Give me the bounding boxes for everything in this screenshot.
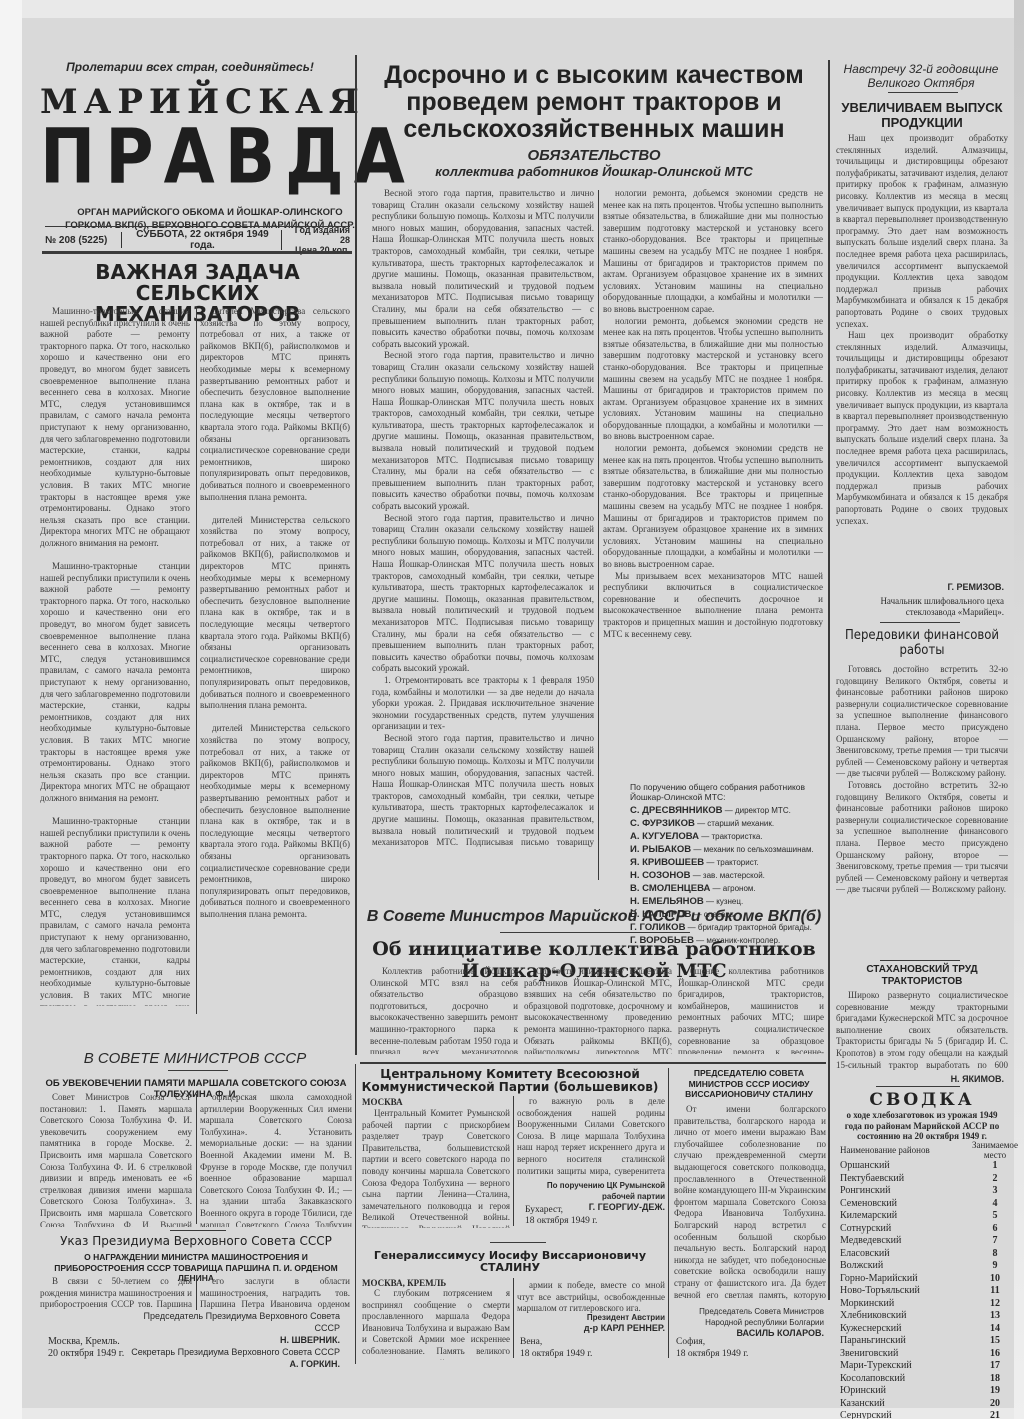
signer-item: Я. КРИВОШЕЕВ — тракторист. xyxy=(630,856,825,869)
district-name: Звениговский xyxy=(838,1348,962,1361)
romania-col-2: го важную роль в деле освобождения нашей… xyxy=(517,1096,665,1176)
district-name: Пектубаевский xyxy=(838,1173,962,1186)
council-mari-text-1: Коллектив работников Йошкар-Олинской МТС… xyxy=(370,966,518,1054)
article3-body: Широко развернуто социалистическое сорев… xyxy=(836,990,1008,1072)
divider xyxy=(876,1086,960,1087)
article1-text: Наш цех производит обработку стеклянных … xyxy=(836,133,1008,330)
signer-name: Н. ЕМЕЛЬЯНОВ xyxy=(630,896,704,907)
decree-sig2-name: А. ГОРКИН. xyxy=(120,1358,340,1370)
signers-intro: По поручению общего собрания работников … xyxy=(630,782,825,802)
svodka-row: Пектубаевский2 xyxy=(838,1173,1024,1186)
romania-place: МОСКВА xyxy=(362,1097,403,1107)
signer-name: В. СМОЛЕНЦЕВА xyxy=(630,883,710,894)
district-name: Сернурский xyxy=(838,1410,962,1419)
district-place: 6 xyxy=(962,1223,1024,1236)
divider xyxy=(490,1242,546,1243)
council-mari-header: В Совете Министров Марийской АССР и обко… xyxy=(360,908,828,926)
svodka-row: Сотнурский6 xyxy=(838,1223,1024,1236)
district-name: Ронгинский xyxy=(838,1185,962,1198)
ussr-council-header: В СОВЕТЕ МИНИСТРОВ СССР xyxy=(40,1050,350,1067)
council-mari-col-2: Одобрить инициативу коллектива работнико… xyxy=(524,966,672,1054)
lead-column-1: Весной этого года партия, правительство … xyxy=(372,188,594,848)
district-place: 13 xyxy=(962,1310,1024,1323)
svodka-row: Юринский19 xyxy=(838,1385,1024,1398)
column-divider xyxy=(513,1278,514,1358)
lead-text-2c: нологии ремонта, добьемся экономии средс… xyxy=(603,443,823,571)
divider xyxy=(880,960,960,961)
editorial-column-2: дителей Министерства сельского хозяйства… xyxy=(200,306,350,1006)
signer-item: А. КУГУЕЛОВА — трактористка. xyxy=(630,830,825,843)
decree-sig1-title: Председатель Президиума Верховного Совет… xyxy=(120,1310,340,1334)
svodka-row: Килемарский5 xyxy=(838,1210,1024,1223)
district-place: 8 xyxy=(962,1248,1024,1261)
district-name: Кужеснерский xyxy=(838,1323,962,1336)
editorial-text-1b: Машинно-тракторные станции нашей республ… xyxy=(40,561,190,804)
issue-year: Год издания 28 xyxy=(295,225,350,245)
divider xyxy=(880,622,960,623)
page-column-rule xyxy=(355,55,357,1055)
district-name: Сотнурский xyxy=(838,1223,962,1236)
lead-points: 1. Отремонтировать все тракторы к 1 февр… xyxy=(372,675,594,733)
svodka-row: Оршанский1 xyxy=(838,1160,1024,1173)
district-place: 1 xyxy=(962,1160,1024,1173)
council-mari-text-3: бщение коллектива работников Йошкар-Олин… xyxy=(678,966,824,1054)
header-underline xyxy=(168,1070,228,1071)
article3-text: Широко развернуто социалистическое сорев… xyxy=(836,990,1008,1072)
lead-header: Досрочно и с высоким качеством проведем … xyxy=(360,62,828,179)
district-name: Килемарский xyxy=(838,1210,962,1223)
district-name: Хлебниковский xyxy=(838,1310,962,1323)
district-place: 2 xyxy=(962,1173,1024,1186)
editorial-text-2: дителей Министерства сельского хозяйства… xyxy=(200,306,350,503)
austria-signer: Президент Австрии xyxy=(517,1312,665,1323)
lead-text-1d: Весной этого года партия, правительство … xyxy=(372,733,594,848)
district-place: 14 xyxy=(962,1323,1024,1336)
austria-place: МОСКВА, КРЕМЛЬ xyxy=(362,1278,446,1288)
ussr-council-col-1: Совет Министров Союза ССР постановил: 1.… xyxy=(40,1092,192,1227)
decree-signatures: Председатель Президиума Верховного Совет… xyxy=(120,1310,340,1370)
decree-date: 20 октября 1949 г. xyxy=(48,1348,124,1360)
signer-item: Н. ЕМЕЛЬЯНОВ — кузнец. xyxy=(630,895,825,908)
ussr-council-text-2: офицерская школа самоходной артиллерии В… xyxy=(200,1092,352,1227)
bulgaria-place-date: София, 18 октября 1949 г. xyxy=(676,1336,748,1360)
romania-text-1: Центральный Комитет Румынской рабочей па… xyxy=(362,1108,510,1228)
svodka-row: Мари-Турекский17 xyxy=(838,1360,1024,1373)
district-name: Медведевский xyxy=(838,1235,962,1248)
romania-city: Бухарест, xyxy=(525,1205,597,1216)
article2-text: Готовясь достойно встретить 32-ю годовщи… xyxy=(836,664,1008,780)
bulgaria-title: ПРЕДСЕДАТЕЛЮ СОВЕТА МИНИСТРОВ СССР ИОСИФ… xyxy=(672,1068,826,1100)
austria-city: Вена, xyxy=(520,1336,592,1348)
decree-place: Москва, Кремль. xyxy=(48,1336,124,1348)
editorial-text-1c: Машинно-тракторные станции нашей республ… xyxy=(40,816,190,1006)
editorial-text-2c: дителей Министерства сельского хозяйства… xyxy=(200,723,350,920)
article2-body: Готовясь достойно встретить 32-ю годовщи… xyxy=(836,664,1008,956)
lead-text-2: нологии ремонта, добьемся экономии средс… xyxy=(603,188,823,316)
signer-role: — механик по сельхозмашинам. xyxy=(691,845,814,854)
council-mari-col-1: Коллектив работников Йошкар-Олинской МТС… xyxy=(370,966,518,1054)
divider xyxy=(281,230,282,250)
signer-role: — зав. мастерской. xyxy=(690,871,764,880)
issue-date: СУББОТА, 22 октября 1949 года. xyxy=(130,229,275,251)
austria-text-1: С глубоким потрясением я воспринял сообщ… xyxy=(362,1288,510,1360)
lead-text-1c: Весной этого года партия, правительство … xyxy=(372,513,594,675)
svodka-col-place: Занимаемое место xyxy=(962,1140,1024,1160)
lead-text-1b: Весной этого года партия, правительство … xyxy=(372,350,594,512)
district-name: Моркинский xyxy=(838,1298,962,1311)
signer-name: И. РЫБАКОВ xyxy=(630,844,691,855)
austria-title: Генералиссимусу Иосифу Виссарионовичу СТ… xyxy=(360,1250,660,1274)
svodka-row: Кужеснерский14 xyxy=(838,1323,1024,1336)
svodka-row: Ново-Торъяльский11 xyxy=(838,1285,1024,1298)
lead-column-2: нологии ремонта, добьемся экономии средс… xyxy=(603,188,823,736)
signer-role: — директор МТС. xyxy=(723,806,791,815)
lead-appeal: Мы призываем всех механизаторов МТС наше… xyxy=(603,571,823,641)
column-divider xyxy=(196,1276,197,1310)
signer-item: Н. СОЗОНОВ — зав. мастерской. xyxy=(630,869,825,882)
svodka-row: Моркинский12 xyxy=(838,1298,1024,1311)
svodka-row: Медведевский7 xyxy=(838,1235,1024,1248)
romania-title: Центральному Комитету Всесоюзной Коммуни… xyxy=(360,1068,660,1094)
article2-text-b: Готовясь достойно встретить 32-ю годовщи… xyxy=(836,780,1008,896)
svodka-table: Наименование районов Занимаемое место Ор… xyxy=(838,1140,1024,1419)
decree-sig1-name: Н. ШВЕРНИК. xyxy=(120,1334,340,1346)
signer-role: — трактористка. xyxy=(699,832,763,841)
signer-item: С. ДРЕСВЯННИКОВ — директор МТС. xyxy=(630,804,825,817)
article1-author-title: Начальник шлифовального цеха стеклозавод… xyxy=(836,596,1004,618)
signer-name: С. ФУРЗИКОВ xyxy=(630,818,695,829)
svodka-row: Волжский9 xyxy=(838,1260,1024,1273)
signer-item: С. ФУРЗИКОВ — старший механик. xyxy=(630,817,825,830)
bulgaria-body: От имени болгарского правительства, болг… xyxy=(674,1104,826,1300)
page-column-rule xyxy=(828,60,830,1300)
svodka-title: СВОДКА xyxy=(836,1090,1008,1110)
svodka-row: Сернурский21 xyxy=(838,1410,1024,1419)
column-divider xyxy=(196,306,197,1014)
district-name: Семеновский xyxy=(838,1198,962,1211)
editorial-text-2b: дителей Министерства сельского хозяйства… xyxy=(200,515,350,712)
column-divider xyxy=(668,1068,669,1358)
bulgaria-date: 18 октября 1949 г. xyxy=(676,1348,748,1360)
issue-number: № 208 (5225) xyxy=(45,235,113,246)
signer-role: — старший механик. xyxy=(695,819,774,828)
lead-title: Досрочно и с высоким качеством проведем … xyxy=(360,62,828,143)
lead-subtitle: ОБЯЗАТЕЛЬСТВО xyxy=(360,147,828,164)
district-name: Ново-Торъяльский xyxy=(838,1285,962,1298)
decree-text-2: его заслуги в области машиностроения, на… xyxy=(200,1276,350,1312)
editorial-column-1: Машинно-тракторные станции нашей республ… xyxy=(40,306,190,1006)
district-place: 15 xyxy=(962,1335,1024,1348)
district-place: 9 xyxy=(962,1260,1024,1273)
article3-title: СТАХАНОВСКИЙ ТРУД ТРАКТОРИСТОВ xyxy=(836,964,1008,988)
section-rule xyxy=(360,1062,826,1064)
header-underline xyxy=(500,932,690,933)
scan-margin-left xyxy=(0,0,22,1419)
district-place: 3 xyxy=(962,1185,1024,1198)
austria-signature: Президент Австрии д-р КАРЛ РЕННЕР. xyxy=(517,1312,665,1334)
bulgaria-signature: Председатель Совета Министров Народной р… xyxy=(672,1306,824,1339)
district-name: Волжский xyxy=(838,1260,962,1273)
svodka-col-name: Наименование районов xyxy=(838,1140,962,1160)
bulgaria-city: София, xyxy=(676,1336,748,1348)
svodka-row: Казанский20 xyxy=(838,1398,1024,1411)
article3-author: Н. ЯКИМОВ. xyxy=(836,1074,1004,1084)
district-place: 10 xyxy=(962,1273,1024,1286)
bulgaria-text: От имени болгарского правительства, болг… xyxy=(674,1104,826,1300)
svodka-row: Хлебниковский13 xyxy=(838,1310,1024,1323)
district-name: Параньгинский xyxy=(838,1335,962,1348)
rubric-underline xyxy=(888,92,958,93)
council-mari-col-3: бщение коллектива работников Йошкар-Олин… xyxy=(678,966,824,1054)
signer-role: — кузнец. xyxy=(704,897,743,906)
ussr-council-col-2: офицерская школа самоходной артиллерии В… xyxy=(200,1092,352,1227)
editorial-text-1: Машинно-тракторные станции нашей республ… xyxy=(40,306,190,549)
article1-author: Г. РЕМИЗОВ. xyxy=(836,582,1004,592)
signer-name: Н. СОЗОНОВ xyxy=(630,870,690,881)
svodka-row: Косолаповский18 xyxy=(838,1373,1024,1386)
lead-text-2b: нологии ремонта, добьемся экономии средс… xyxy=(603,316,823,444)
column-divider xyxy=(196,1094,197,1224)
district-name: Оршанский xyxy=(838,1160,962,1173)
signer-name: С. ДРЕСВЯННИКОВ xyxy=(630,805,723,816)
decree-place-date: Москва, Кремль. 20 октября 1949 г. xyxy=(48,1336,124,1360)
district-place: 16 xyxy=(962,1348,1024,1361)
masthead-slogan: Пролетарии всех стран, соединяйтесь! xyxy=(60,60,320,74)
romania-date: 18 октября 1949 г. xyxy=(525,1216,597,1227)
masthead-infobar: № 208 (5225) СУББОТА, 22 октября 1949 го… xyxy=(45,228,350,252)
signer-item: И. РЫБАКОВ — механик по сельхозмашинам. xyxy=(630,843,825,856)
signer-name: А. КУГУЕЛОВА xyxy=(630,831,699,842)
svodka-row: Горно-Марийский10 xyxy=(838,1273,1024,1286)
divider xyxy=(170,1230,226,1231)
romania-text-2: го важную роль в деле освобождения нашей… xyxy=(517,1096,665,1176)
svodka-row: Семеновский4 xyxy=(838,1198,1024,1211)
district-place: 7 xyxy=(962,1235,1024,1248)
district-place: 5 xyxy=(962,1210,1024,1223)
bulgaria-signer: Председатель Совета Министров Народной р… xyxy=(672,1306,824,1328)
article1-title: УВЕЛИЧИВАЕМ ВЫПУСК ПРОДУКЦИИ xyxy=(836,100,1008,130)
svodka-row: Ронгинский3 xyxy=(838,1185,1024,1198)
decree-header: Указ Президиума Верховного Совета СССР xyxy=(40,1234,352,1248)
svodka-row: Еласовский8 xyxy=(838,1248,1024,1261)
district-name: Косолаповский xyxy=(838,1373,962,1386)
lead-text-1: Весной этого года партия, правительство … xyxy=(372,188,594,350)
column-divider xyxy=(513,1096,514,1226)
district-place: 20 xyxy=(962,1398,1024,1411)
austria-signer-name: д-р КАРЛ РЕННЕР. xyxy=(517,1323,665,1334)
signer-role: — агроном. xyxy=(710,884,755,893)
austria-text-2: армии к победе, вместе со мной чтут все … xyxy=(517,1280,665,1315)
district-name: Мари-Турекский xyxy=(838,1360,962,1373)
svodka-row: Звениговский16 xyxy=(838,1348,1024,1361)
ussr-council-text-1: Совет Министров Союза ССР постановил: 1.… xyxy=(40,1092,192,1227)
article1-body: Наш цех производит обработку стеклянных … xyxy=(836,133,1008,577)
romania-col-1: Центральный Комитет Румынской рабочей па… xyxy=(362,1108,510,1228)
masthead-title-line2: ПРАВДА xyxy=(40,112,360,201)
austria-place-date: Вена, 18 октября 1949 г. xyxy=(520,1336,592,1360)
decree-text-1: В связи с 50-летием со дня рождения мини… xyxy=(40,1276,192,1312)
signer-role: — тракторист. xyxy=(704,858,759,867)
lead-subtitle-2: коллектива работников Йошкар-Олинской МТ… xyxy=(360,164,828,179)
page-column-rule xyxy=(355,1064,356,1364)
masthead-bottom-rule xyxy=(42,251,352,254)
district-place: 19 xyxy=(962,1385,1024,1398)
district-place: 18 xyxy=(962,1373,1024,1386)
decree-sig2-title: Секретарь Президиума Верховного Совета С… xyxy=(120,1346,340,1358)
article1-text-b: Наш цех производит обработку стеклянных … xyxy=(836,330,1008,527)
district-name: Казанский xyxy=(838,1398,962,1411)
district-place: 11 xyxy=(962,1285,1024,1298)
divider xyxy=(121,232,122,248)
district-place: 17 xyxy=(962,1360,1024,1373)
romania-signer: По поручению ЦК Румынской рабочей партии xyxy=(517,1180,665,1202)
austria-col-1: С глубоким потрясением я воспринял сообщ… xyxy=(362,1288,510,1360)
signer-item: В. СМОЛЕНЦЕВА — агроном. xyxy=(630,882,825,895)
austria-date: 18 октября 1949 г. xyxy=(520,1348,592,1360)
column-divider xyxy=(598,190,599,880)
right-rubric: Навстречу 32-й годовщине Великого Октябр… xyxy=(833,62,1009,90)
district-place: 21 xyxy=(962,1410,1024,1419)
decree-col-1: В связи с 50-летием со дня рождения мини… xyxy=(40,1276,192,1312)
svodka-row: Параньгинский15 xyxy=(838,1335,1024,1348)
article2-title: Передовики финансовой работы xyxy=(836,628,1008,658)
signer-name: Я. КРИВОШЕЕВ xyxy=(630,857,704,868)
svodka-subtitle: о ходе хлебозаготовок из урожая 1949 год… xyxy=(838,1110,1006,1142)
council-mari-text-2: Одобрить инициативу коллектива работнико… xyxy=(524,966,672,1054)
romania-place-date: Бухарест, 18 октября 1949 г. xyxy=(525,1205,597,1227)
district-name: Горно-Марийский xyxy=(838,1273,962,1286)
district-place: 4 xyxy=(962,1198,1024,1211)
district-place: 12 xyxy=(962,1298,1024,1311)
decree-col-2: его заслуги в области машиностроения, на… xyxy=(200,1276,350,1312)
district-name: Юринский xyxy=(838,1385,962,1398)
austria-col-2: армии к победе, вместе со мной чтут все … xyxy=(517,1280,665,1316)
district-name: Еласовский xyxy=(838,1248,962,1261)
